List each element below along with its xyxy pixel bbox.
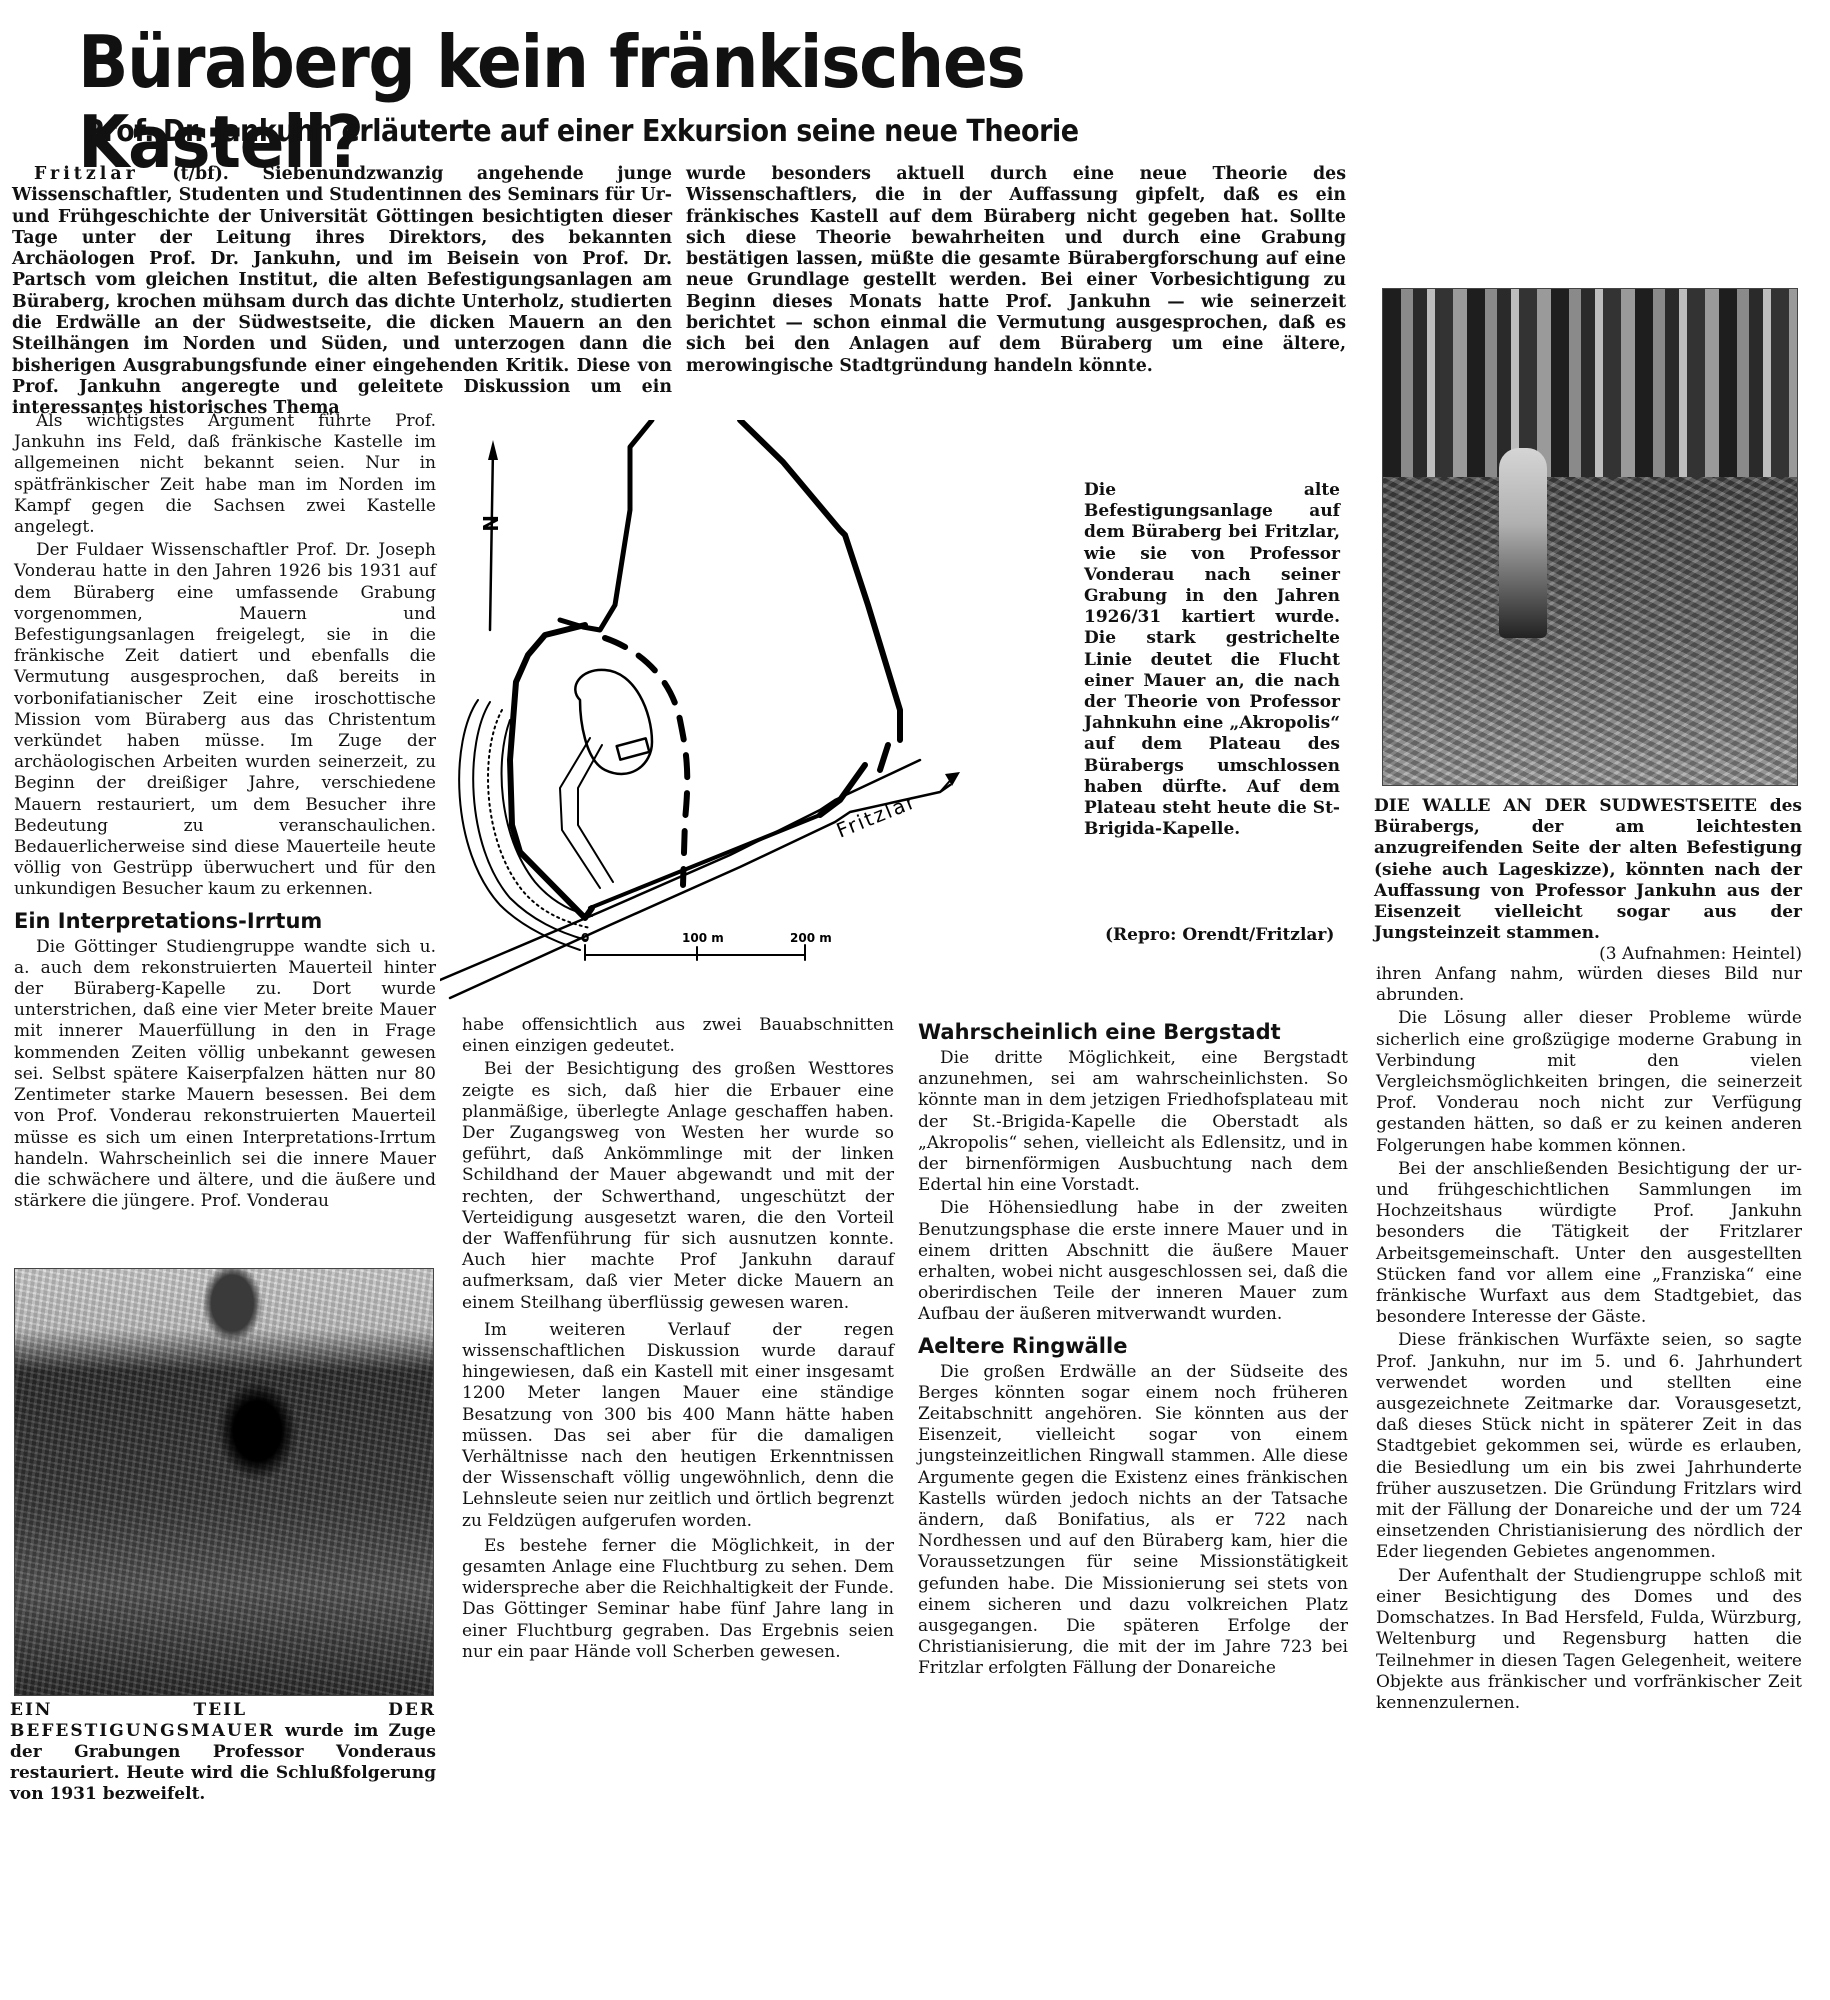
forest-photo-caption: DIE WALLE AN DER SUDWESTSEITE des Bürabe… — [1374, 796, 1802, 966]
north-label: N — [478, 515, 502, 532]
subheadline: Prof. Dr. Jankuhn erläuterte auf einer E… — [84, 114, 1254, 150]
col2-paragraph-1: habe offensichtlich aus zwei Bauabschnit… — [462, 1015, 894, 1057]
col3-paragraph-2: Die Höhensiedlung habe in der zweiten Be… — [918, 1198, 1348, 1325]
col2-paragraph-2: Bei der Besichtigung des großen Westtore… — [462, 1059, 894, 1313]
lead-right: wurde besonders aktuell durch eine neue … — [686, 164, 1346, 379]
person-figure — [1499, 448, 1547, 638]
column-3: Wahrscheinlich eine Bergstadt Die dritte… — [918, 1012, 1348, 1682]
lead-text-2: wurde besonders aktuell durch eine neue … — [686, 164, 1346, 377]
col4-paragraph-1: ihren Anfang nahm, würden dieses Bild nu… — [1376, 964, 1802, 1006]
section-heading-bergstadt: Wahrscheinlich eine Bergstadt — [918, 1018, 1348, 1046]
photo-southwest-ramparts — [1382, 288, 1798, 786]
headline: Büraberg kein fränkisches Kastell? — [78, 22, 1182, 182]
site-map-sketch: N Fritzlar 0 100 m 200 m — [440, 420, 1090, 1000]
photo-fortification-wall — [14, 1268, 434, 1696]
col3-paragraph-1: Die dritte Möglichkeit, eine Bergstadt a… — [918, 1048, 1348, 1196]
forest-caption-text: des Bürabergs, der am leichtesten anzugr… — [1374, 796, 1802, 943]
road-label-fritzlar: Fritzlar — [833, 789, 920, 843]
forest-caption-caps: DIE WALLE AN DER SUDWESTSEITE — [1374, 796, 1757, 816]
col1-paragraph-1: Als wichtigstes Argument führte Prof. Ja… — [14, 411, 436, 538]
map-credit: (Repro: Orendt/Fritzlar) — [1105, 925, 1334, 945]
col1-paragraph-3: Die Göttinger Studiengruppe wandte sich … — [14, 937, 436, 1213]
section-heading-ringwaelle: Aeltere Ringwälle — [918, 1332, 1348, 1360]
photo-credit: (3 Aufnahmen: Heintel) — [1599, 944, 1802, 965]
section-heading-interpretation: Ein Interpretations-Irrtum — [14, 907, 436, 935]
col1-paragraph-2: Der Fuldaer Wissenschaftler Prof. Dr. Jo… — [14, 540, 436, 900]
column-1: Als wichtigstes Argument führte Prof. Ja… — [14, 411, 436, 1214]
col4-paragraph-3: Bei der anschließenden Besichtigung der … — [1376, 1159, 1802, 1329]
col2-paragraph-3: Im weiteren Verlauf der regen wissenscha… — [462, 1320, 894, 1532]
col2-paragraph-4: Es bestehe ferner die Möglichkeit, in de… — [462, 1536, 894, 1663]
scale-label-0: 0 — [581, 931, 589, 945]
lead-text-1: Siebenundzwanzig angehende junge Wissens… — [12, 164, 672, 418]
column-4: ihren Anfang nahm, würden dieses Bild nu… — [1376, 964, 1802, 1716]
dateline: Fritzlar — [34, 164, 139, 184]
map-caption: Die alte Befestigungsanlage auf dem Büra… — [1084, 480, 1340, 840]
col3-paragraph-3: Die großen Erdwälle an der Südseite des … — [918, 1362, 1348, 1680]
col4-paragraph-4: Diese fränkischen Wurfäxte seien, so sag… — [1376, 1330, 1802, 1563]
scale-label-100: 100 m — [682, 931, 724, 945]
source-tag: (t/bf). — [172, 164, 229, 184]
scale-label-200: 200 m — [790, 931, 832, 945]
col4-paragraph-5: Der Aufenthalt der Studiengruppe schloß … — [1376, 1566, 1802, 1714]
wall-photo-caption: EIN TEIL DER BEFESTIGUNGSMAUER wurde im … — [10, 1700, 436, 1805]
north-arrow-icon — [490, 448, 493, 630]
col4-paragraph-2: Die Lösung aller dieser Probleme würde s… — [1376, 1008, 1802, 1156]
column-2: habe offensichtlich aus zwei Bauabschnit… — [462, 1015, 894, 1665]
lead-left: Fritzlar (t/bf). Siebenundzwanzig angehe… — [12, 164, 672, 422]
